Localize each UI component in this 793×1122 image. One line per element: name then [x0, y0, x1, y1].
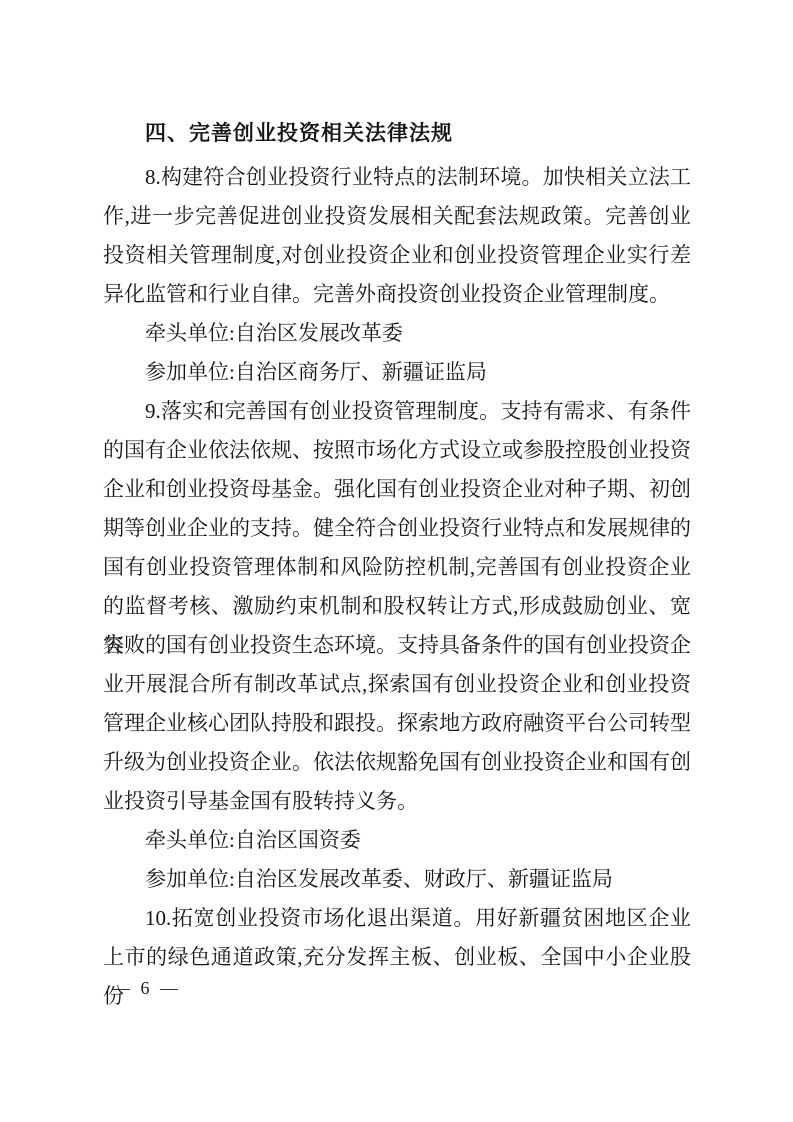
paragraph-line: 业开展混合所有制改革试点,探索国有创业投资企业和创业投资: [103, 665, 691, 704]
document-page: 四、完善创业投资相关法律法规 8.构建符合创业投资行业特点的法制环境。加快相关立…: [0, 0, 793, 1122]
paragraph-line: 10.拓宽创业投资市场化退出渠道。用好新疆贫困地区企业: [103, 899, 691, 938]
join-unit-line: 参加单位:自治区发展改革委、财政厅、新疆证监局: [103, 860, 691, 899]
paragraph-line: 国有创业投资管理体制和风险防控机制,完善国有创业投资企业: [103, 548, 691, 587]
paragraph-line: 9.落实和完善国有创业投资管理制度。支持有需求、有条件: [103, 392, 691, 431]
paragraph-line: 业投资引导基金国有股转持义务。: [103, 782, 691, 821]
paragraph-line: 的国有企业依法依规、按照市场化方式设立或参股控股创业投资: [103, 431, 691, 470]
paragraph-line: 期等创业企业的支持。健全符合创业投资行业特点和发展规律的: [103, 509, 691, 548]
page-number: — 6 —: [112, 975, 178, 1001]
document-body: 四、完善创业投资相关法律法规 8.构建符合创业投资行业特点的法制环境。加快相关立…: [103, 114, 691, 977]
lead-unit-line: 牵头单位:自治区发展改革委: [103, 314, 691, 353]
paragraph-line: 的监督考核、激励约束机制和股权转让方式,形成鼓励创业、宽容: [103, 587, 691, 626]
paragraph-line: 异化监管和行业自律。完善外商投资创业投资企业管理制度。: [103, 275, 691, 314]
paragraph-line: 作,进一步完善促进创业投资发展相关配套法规政策。完善创业: [103, 197, 691, 236]
section-heading: 四、完善创业投资相关法律法规: [103, 114, 691, 153]
paragraph-line: 管理企业核心团队持股和跟投。探索地方政府融资平台公司转型: [103, 704, 691, 743]
paragraph-line: 投资相关管理制度,对创业投资企业和创业投资管理企业实行差: [103, 236, 691, 275]
paragraph-line: 失败的国有创业投资生态环境。支持具备条件的国有创业投资企: [103, 626, 691, 665]
join-unit-line: 参加单位:自治区商务厅、新疆证监局: [103, 353, 691, 392]
paragraph-line: 上市的绿色通道政策,充分发挥主板、创业板、全国中小企业股份: [103, 938, 691, 977]
paragraph-line: 企业和创业投资母基金。强化国有创业投资企业对种子期、初创: [103, 470, 691, 509]
paragraph-line: 8.构建符合创业投资行业特点的法制环境。加快相关立法工: [103, 158, 691, 197]
lead-unit-line: 牵头单位:自治区国资委: [103, 821, 691, 860]
paragraph-line: 升级为创业投资企业。依法依规豁免国有创业投资企业和国有创: [103, 743, 691, 782]
